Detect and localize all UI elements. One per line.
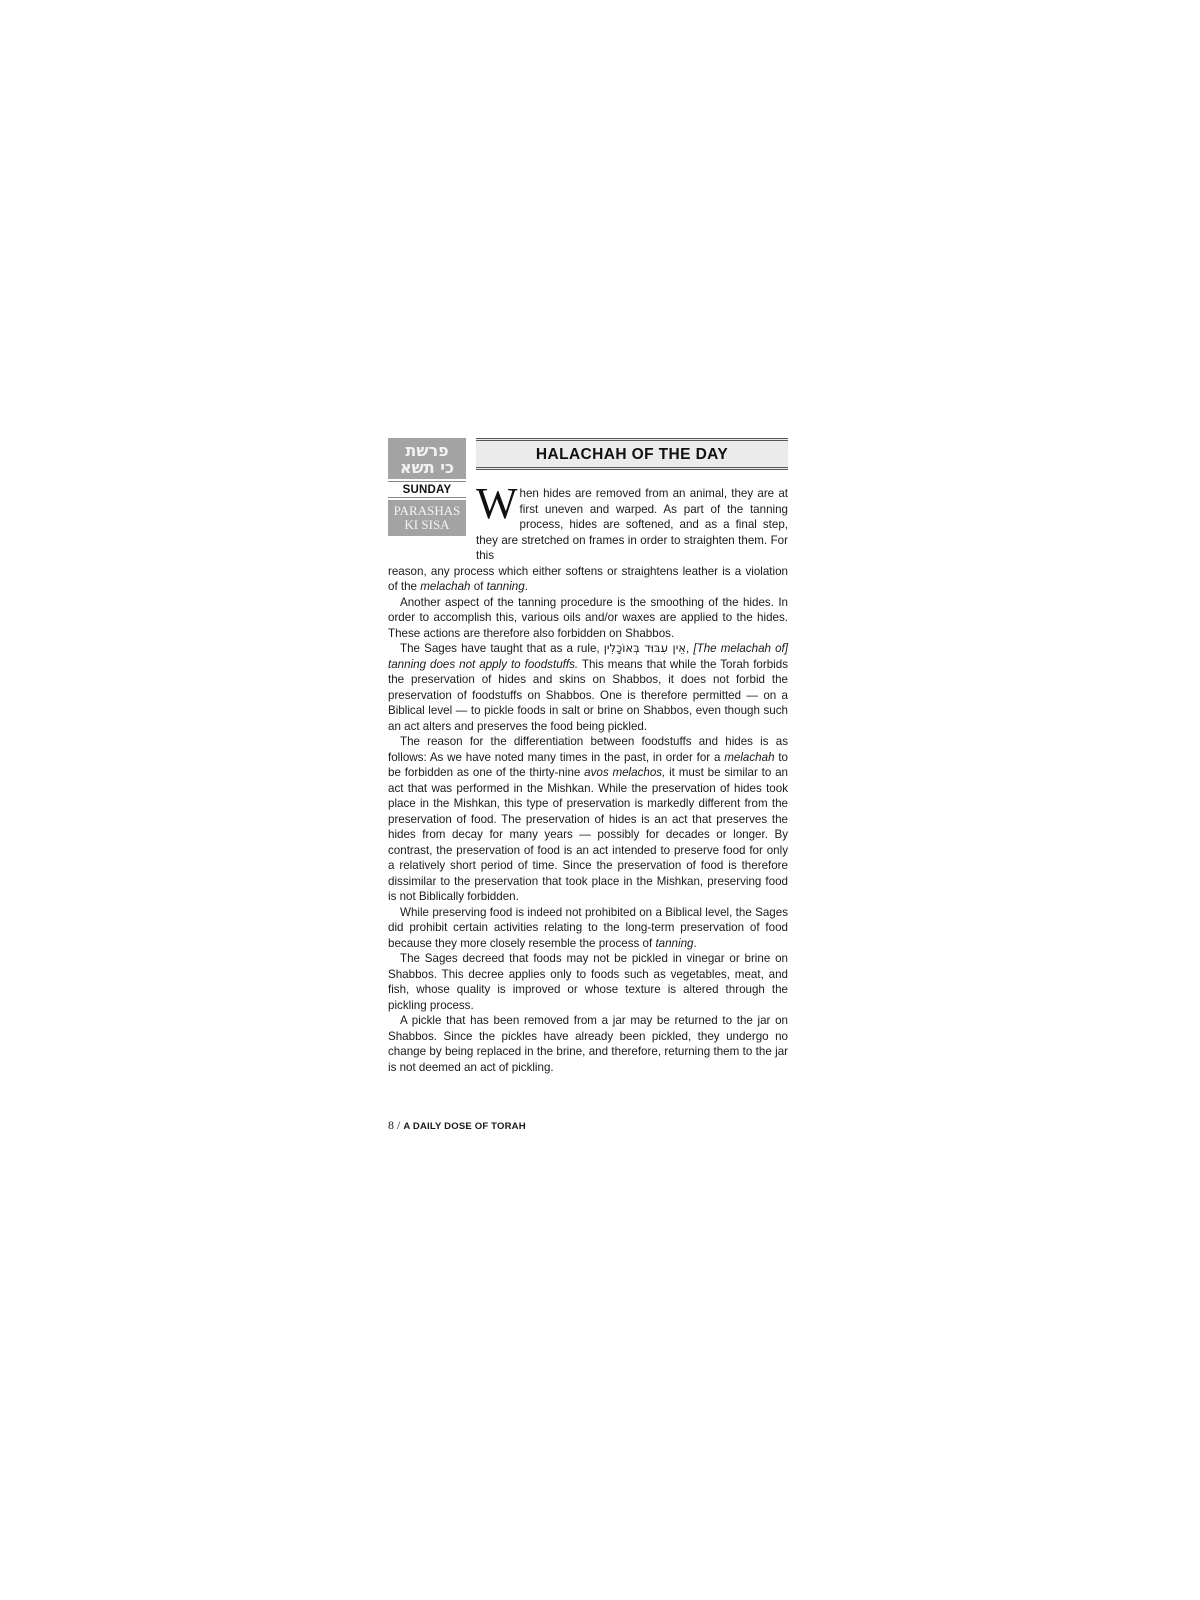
page-footer: 8 / A DAILY DOSE OF TORAH <box>388 1118 526 1133</box>
paragraph-text: The Sages have taught that as a rule, <box>400 642 604 655</box>
paragraph-1: When hides are removed from an animal, t… <box>388 486 788 595</box>
paragraph-text: While preserving food is indeed not proh… <box>388 906 788 950</box>
paragraph-text: of <box>471 580 487 593</box>
italic-term: tanning <box>487 580 525 593</box>
paragraph-text: . <box>525 580 528 593</box>
italic-term: avos melachos, <box>584 766 665 779</box>
paragraph-text: hen hides are removed from an animal, th… <box>476 487 788 562</box>
paragraph-5: While preserving food is indeed not proh… <box>388 905 788 952</box>
article-body: When hides are removed from an animal, t… <box>388 486 788 1075</box>
dropcap-block: When hides are removed from an animal, t… <box>476 486 788 564</box>
book-title: A DAILY DOSE OF TORAH <box>403 1121 525 1132</box>
footer-separator: / <box>394 1118 403 1132</box>
paragraph-6: The Sages decreed that foods may not be … <box>388 951 788 1013</box>
italic-term: tanning <box>655 937 693 950</box>
paragraph-2: Another aspect of the tanning procedure … <box>388 595 788 642</box>
paragraph-text: . <box>693 937 696 950</box>
dropcap: W <box>476 487 518 521</box>
hebrew-line-2: כי תשא <box>388 459 466 476</box>
italic-term: melachah <box>724 751 774 764</box>
paragraph-3: The Sages have taught that as a rule, אֵ… <box>388 641 788 734</box>
paragraph-text: it must be similar to an act that was pe… <box>388 766 788 903</box>
italic-term: melachah <box>420 580 470 593</box>
hebrew-line-1: פרשת <box>388 442 466 459</box>
paragraph-4: The reason for the differentiation betwe… <box>388 734 788 905</box>
section-title: HALACHAH OF THE DAY <box>476 438 788 470</box>
hebrew-parasha-label: פרשת כי תשא <box>388 438 466 479</box>
paragraph-7: A pickle that has been removed from a ja… <box>388 1013 788 1075</box>
hebrew-quote: אֵין עִבּוּד בְּאוֹכָלִין <box>604 641 686 655</box>
